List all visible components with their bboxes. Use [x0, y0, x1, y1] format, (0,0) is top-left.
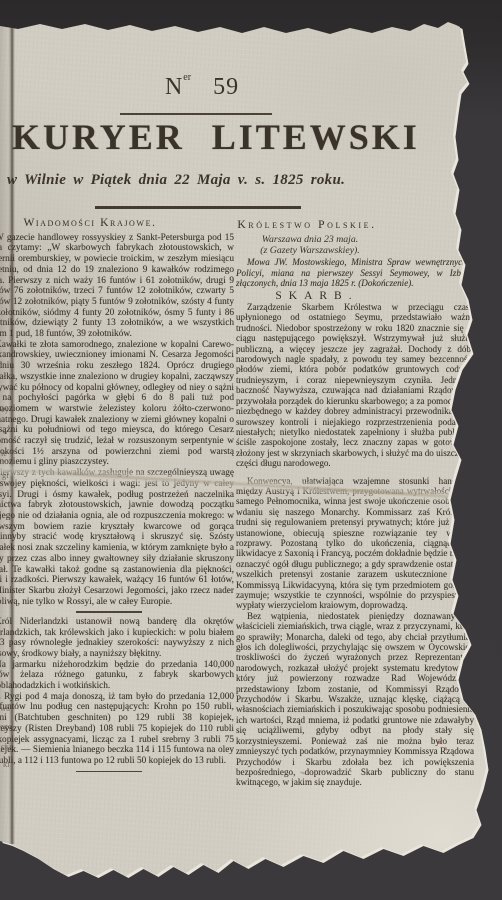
masthead-dateline: w Wilnie w Piątek dnia 22 Maja v. s. 182…	[7, 172, 387, 189]
paper-stain	[444, 747, 447, 750]
subsection-heading-treasury: SKARB.	[198, 291, 436, 301]
speech-intro: Mowa JW. Mostowskiego, Ministra Spraw we…	[236, 257, 474, 288]
edge-letter-fragment: ki	[3, 759, 10, 769]
section-heading-kingdom-of-poland: Królestwo Polskie.	[188, 220, 426, 230]
article-paragraph: Kawałki te złota samorodnego, znalezione…	[0, 340, 234, 468]
issue-superscript: er	[183, 72, 191, 83]
newspaper-title: KURYER LITEWSKI	[12, 116, 420, 158]
left-column: Wiadomości Krajowe. W gazecie handlowey …	[0, 218, 234, 776]
article-paragraph: Król Niderlandzki ustanowił nową banderę…	[0, 617, 234, 660]
section-heading-domestic-news: Wiadomości Krajowe.	[0, 218, 215, 229]
article-divider	[76, 771, 142, 773]
column-dateline: Warszawa dnia 23 maja.	[191, 234, 429, 245]
edge-letter-fragment: ey	[1, 404, 9, 414]
column-source: (z Gazety Warszawskiey).	[191, 245, 429, 256]
right-column: Królestwo Polskie. Warszawa dnia 23 maja…	[236, 220, 474, 788]
article-paragraph: Zarządzenie Skarbem Królestwa w przeciąg…	[236, 302, 474, 469]
issue-number: Ner59	[0, 72, 404, 101]
article-divider	[76, 611, 142, 613]
newspaper-page: Ner59 KURYER LITEWSKI w Wilnie w Piątek …	[0, 0, 502, 900]
edge-letter-fragment: cki	[1, 741, 11, 751]
dateline-divider	[95, 206, 301, 209]
paper-stain	[437, 741, 441, 744]
article-paragraph: Na jarmarku niżehorodzkim będzie do prze…	[0, 660, 234, 692]
masthead-divider	[120, 113, 272, 115]
scan-background: Ner59 KURYER LITEWSKI w Wilnie w Piątek …	[0, 0, 502, 900]
edge-letter-fragment: ie	[1, 448, 7, 458]
issue-value: 59	[213, 74, 239, 100]
edge-letter-fragment: ego	[0, 721, 12, 731]
edge-letter-fragment: w	[2, 426, 8, 436]
article-paragraph: Bez wątpienia, niedostatek pieniędzy doz…	[236, 611, 474, 788]
issue-prefix: N	[165, 74, 183, 100]
edge-letter-fragment: wa	[0, 703, 10, 713]
article-paragraph: Z Rygi pod 4 maja donoszą, iż tam było d…	[0, 692, 234, 767]
article-paragraph: Pierwszy z tych kawałków zasługuje na sz…	[0, 468, 234, 607]
edge-letter-fragment: gi	[2, 470, 9, 480]
